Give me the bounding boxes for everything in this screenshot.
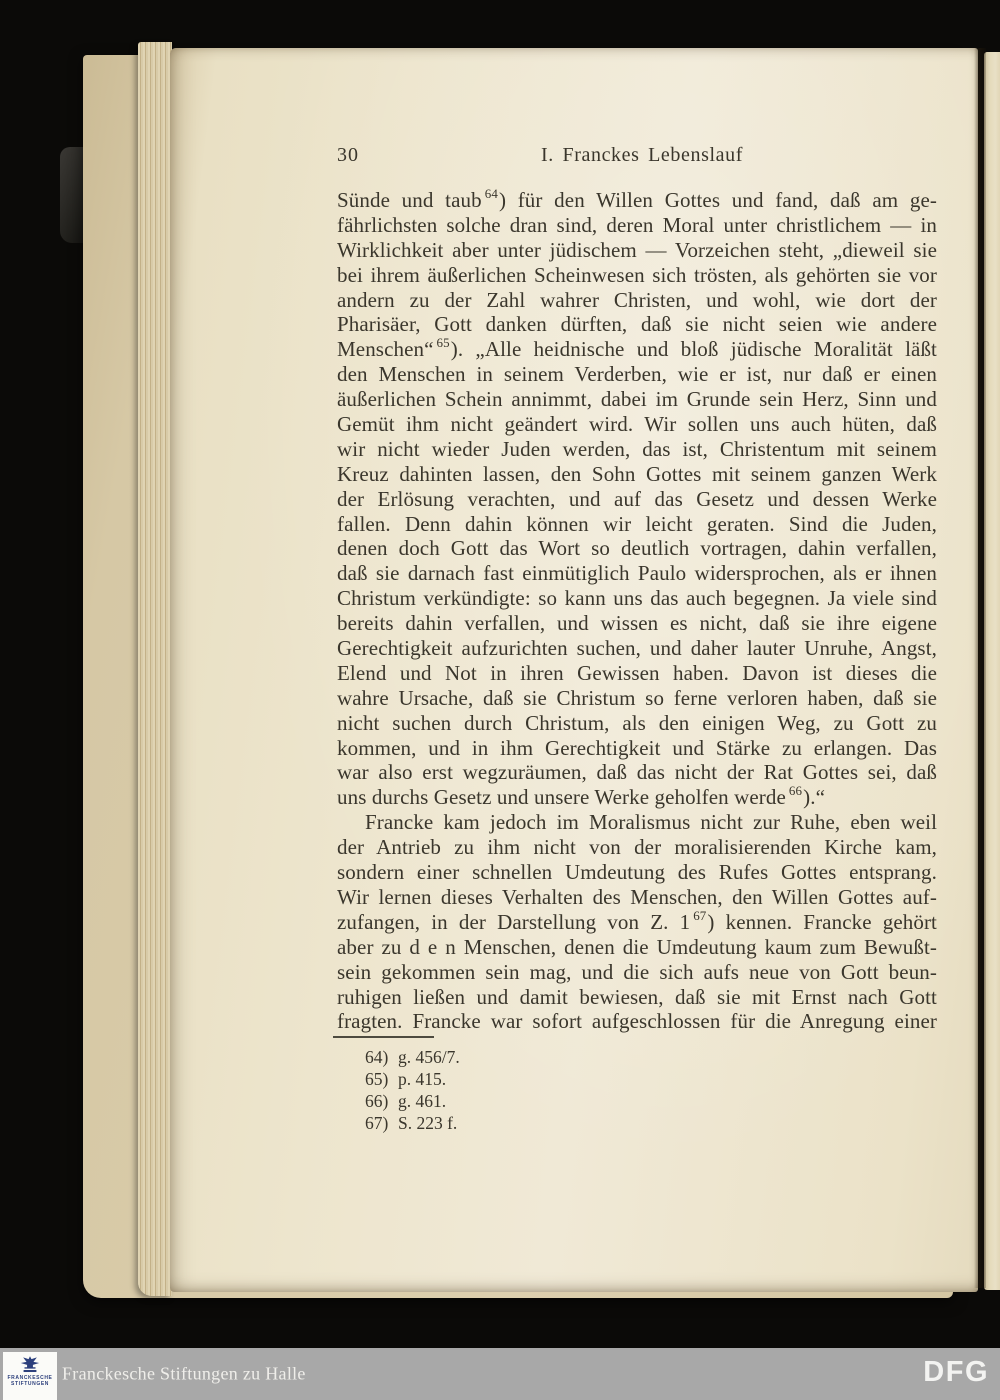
footnote-marker: 64) bbox=[365, 1046, 398, 1068]
footnote-text: g. 461. bbox=[398, 1091, 446, 1111]
text-line: fragten. Francke war sofort aufgeschloss… bbox=[337, 1009, 937, 1034]
gutter-shadow bbox=[974, 48, 986, 1288]
text-line: Francke kam jedoch im Moralismus nicht z… bbox=[337, 810, 937, 835]
body-text: Sünde und taub64) für den Willen Gottes … bbox=[337, 188, 937, 1034]
footnote-marker: 66) bbox=[365, 1090, 398, 1112]
text-line: Menschen“65). „Alle heidnische und bloß … bbox=[337, 337, 937, 362]
text-line: war also erst wegzuräumen, daß das nicht… bbox=[337, 760, 937, 785]
paragraph: Sünde und taub64) für den Willen Gottes … bbox=[337, 188, 937, 810]
footnote-ref: 65 bbox=[437, 335, 450, 350]
page-header-row: 30 I. Franckes Lebenslauf bbox=[337, 144, 937, 170]
scan-background: 30 I. Franckes Lebenslauf Sünde und taub… bbox=[0, 0, 1000, 1400]
text-line: aber zu d e n Menschen, denen die Umdeut… bbox=[337, 935, 937, 960]
text-line: der Erlösung verachten, und auf das Gese… bbox=[337, 487, 937, 512]
text-line: Gemüt ihm nicht geändert wird. Wir solle… bbox=[337, 412, 937, 437]
text-line: daß sie darnach fast einmütiglich Paulo … bbox=[337, 561, 937, 586]
text-line: denen doch Gott das Wort so deutlich vor… bbox=[337, 536, 937, 561]
text-line: Pharisäer, Gott danken dürften, daß sie … bbox=[337, 312, 937, 337]
text-line: Christum verkündigte: so kann uns das au… bbox=[337, 586, 937, 611]
logo-caption-line2: STIFTUNGEN bbox=[8, 1381, 53, 1387]
text-line: äußerlichen Schein annimmt, dabei im Gru… bbox=[337, 387, 937, 412]
footnote-text: p. 415. bbox=[398, 1069, 446, 1089]
book-page: 30 I. Franckes Lebenslauf Sünde und taub… bbox=[170, 48, 978, 1292]
branding-bar: FRANCKESCHE STIFTUNGEN Franckesche Stift… bbox=[0, 1348, 1000, 1400]
footnote-ref: 66 bbox=[789, 783, 802, 798]
footnote-ref: 64 bbox=[485, 186, 498, 201]
text-line: bei ihrem äußerlichen Scheinwesen sich t… bbox=[337, 263, 937, 288]
eagle-icon bbox=[19, 1355, 41, 1374]
text-line: den Menschen in seinem Verderben, wie er… bbox=[337, 362, 937, 387]
footnote: 64)g. 456/7. bbox=[365, 1046, 460, 1068]
text-line: Wir lernen dieses Verhalten des Menschen… bbox=[337, 885, 937, 910]
text-line: sondern einer schnellen Umdeutung des Ru… bbox=[337, 860, 937, 885]
text-line: Kreuz dahinten lassen, den Sohn Gottes m… bbox=[337, 462, 937, 487]
footnote-ref: 67 bbox=[693, 908, 706, 923]
text-line: zufangen, in der Darstellung von Z. 167)… bbox=[337, 910, 937, 935]
institution-name: Franckesche Stiftungen zu Halle bbox=[62, 1364, 306, 1385]
footnote-separator bbox=[333, 1036, 434, 1038]
text-line: kommen, und in ihm Gerechtigkeit und Stä… bbox=[337, 736, 937, 761]
text-line: uns durchs Gesetz und unsere Werke gehol… bbox=[337, 785, 937, 810]
page-stack-edges bbox=[138, 42, 172, 1296]
text-line: wahre Ursache, daß sie Christum so ferne… bbox=[337, 686, 937, 711]
footnote: 65)p. 415. bbox=[365, 1068, 460, 1090]
footnote-text: S. 223 f. bbox=[398, 1113, 457, 1133]
facing-page-edge bbox=[984, 52, 1000, 1290]
text-line: Wirklichkeit aber unter jüdischem — Vorz… bbox=[337, 238, 937, 263]
footnote: 67)S. 223 f. bbox=[365, 1112, 460, 1134]
text-line: fallen. Denn dahin können wir leicht ger… bbox=[337, 512, 937, 537]
logo-caption: FRANCKESCHE STIFTUNGEN bbox=[8, 1375, 53, 1387]
footnote-marker: 67) bbox=[365, 1112, 398, 1134]
text-line: nicht suchen durch Christum, als den ein… bbox=[337, 711, 937, 736]
franckesche-stiftungen-logo: FRANCKESCHE STIFTUNGEN bbox=[3, 1352, 57, 1400]
text-line: ruhigen ließen und damit bewiesen, daß s… bbox=[337, 985, 937, 1010]
footnote-marker: 65) bbox=[365, 1068, 398, 1090]
footnote: 66)g. 461. bbox=[365, 1090, 460, 1112]
running-header: I. Franckes Lebenslauf bbox=[347, 144, 937, 167]
text-line: bereits dahin verfallen, und wissen es n… bbox=[337, 611, 937, 636]
text-line: Elend und Not in ihren Gewissen haben. D… bbox=[337, 661, 937, 686]
footnotes: 64)g. 456/7.65)p. 415.66)g. 461.67)S. 22… bbox=[365, 1046, 460, 1134]
text-line: andern zu der Zahl wahrer Christen, und … bbox=[337, 288, 937, 313]
text-line: der Antrieb zu ihm nicht von der moralis… bbox=[337, 835, 937, 860]
dfg-logo: DFG bbox=[923, 1356, 989, 1389]
text-line: Gerechtigkeit aufzurichten suchen, und d… bbox=[337, 636, 937, 661]
text-line: Sünde und taub64) für den Willen Gottes … bbox=[337, 188, 937, 213]
text-line: fährlichsten solche dran sind, deren Mor… bbox=[337, 213, 937, 238]
text-line: sein gekommen sein mag, und die sich auf… bbox=[337, 960, 937, 985]
footnote-text: g. 456/7. bbox=[398, 1047, 460, 1067]
text-line: wir nicht wieder Juden werden, das ist, … bbox=[337, 437, 937, 462]
paragraph: Francke kam jedoch im Moralismus nicht z… bbox=[337, 810, 937, 1034]
page-number: 30 bbox=[337, 144, 359, 167]
